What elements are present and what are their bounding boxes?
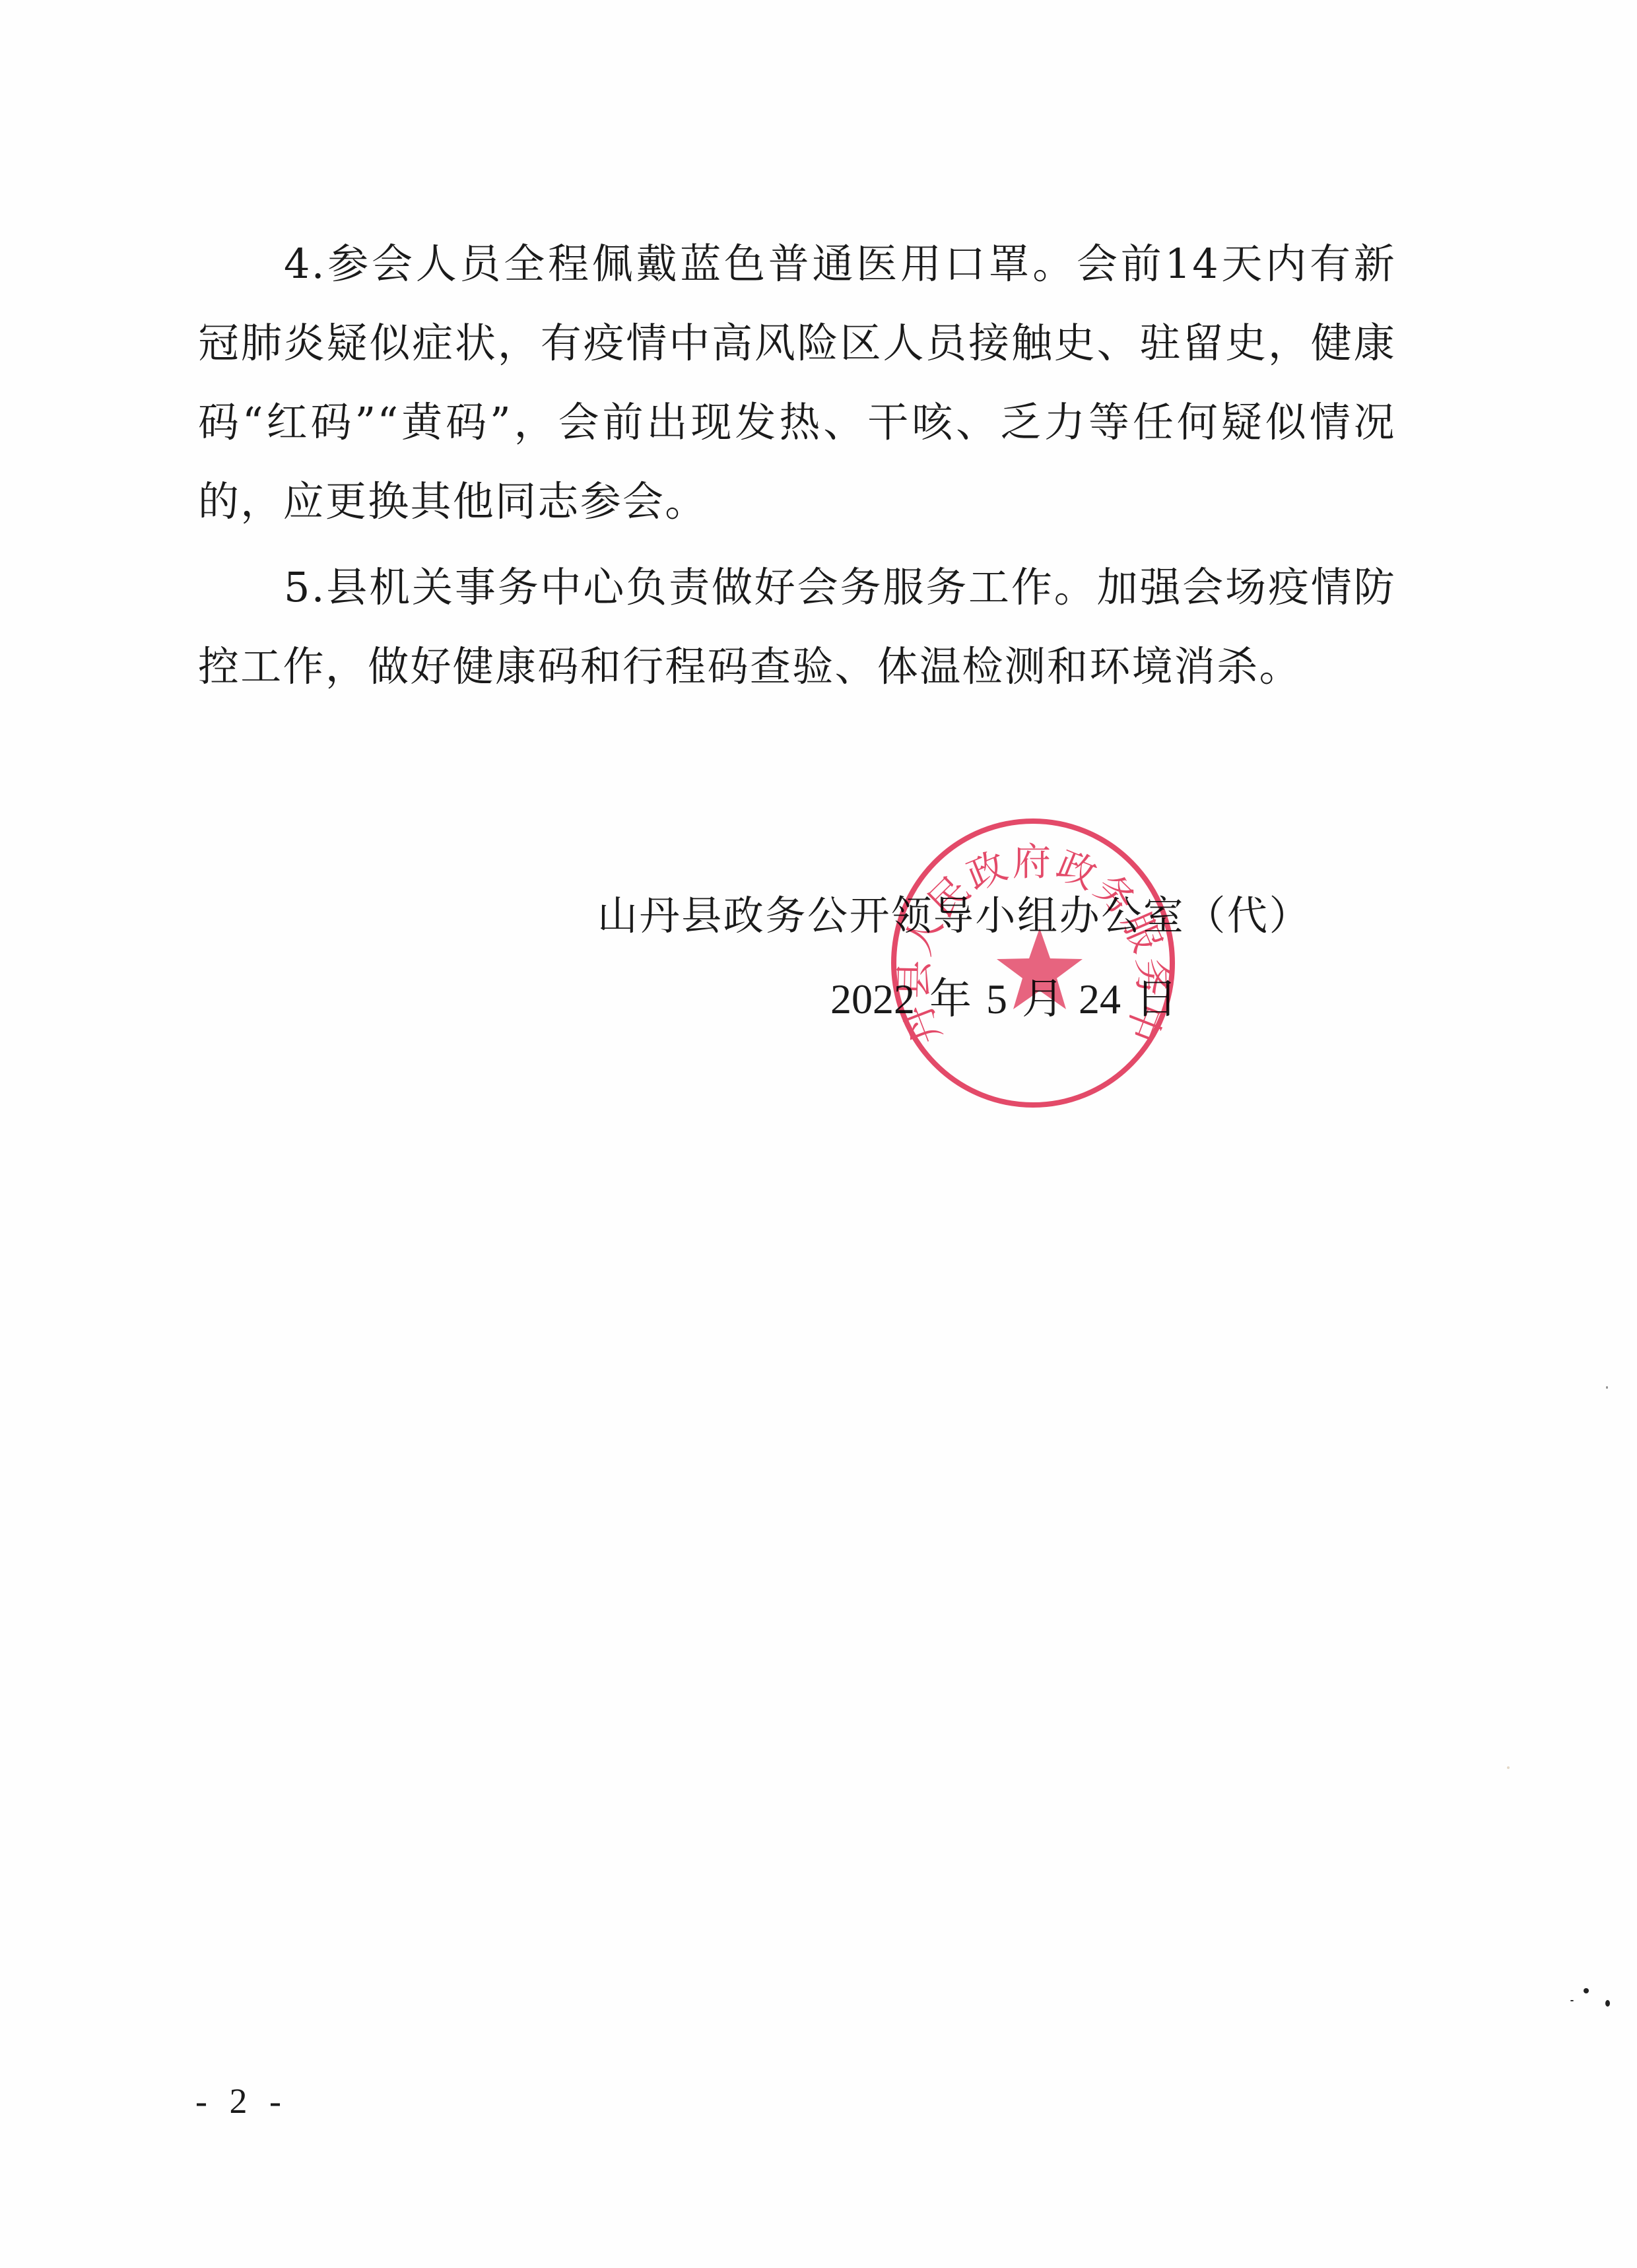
- official-seal: 山丹县人民政府政务服务中心: [890, 817, 1176, 1109]
- scan-speck: [1570, 2000, 1574, 2001]
- scan-speck: [1507, 1766, 1510, 1769]
- page-number: - 2 -: [195, 2078, 288, 2124]
- scan-speck: [1584, 1988, 1589, 1993]
- paragraph-5: 5.县机关事务中心负责做好会务服务工作。加强会场疫情防控工作，做好健康码和行程码…: [198, 548, 1396, 706]
- body-text: 4.参会人员全程佩戴蓝色普通医用口罩。会前14天内有新冠肺炎疑似症状，有疫情中高…: [198, 224, 1396, 706]
- document-page: 4.参会人员全程佩戴蓝色普通医用口罩。会前14天内有新冠肺炎疑似症状，有疫情中高…: [0, 0, 1637, 2268]
- paragraph-4: 4.参会人员全程佩戴蓝色普通医用口罩。会前14天内有新冠肺炎疑似症状，有疫情中高…: [198, 224, 1396, 541]
- svg-text:山丹县人民政府政务服务中心: 山丹县人民政府政务服务中心: [890, 817, 1175, 1050]
- scan-speck: [1606, 1386, 1608, 1389]
- scan-speck: [1605, 2000, 1610, 2007]
- seal-text: 山丹县人民政府政务服务中心: [890, 817, 1175, 1050]
- star-icon: [997, 928, 1083, 1009]
